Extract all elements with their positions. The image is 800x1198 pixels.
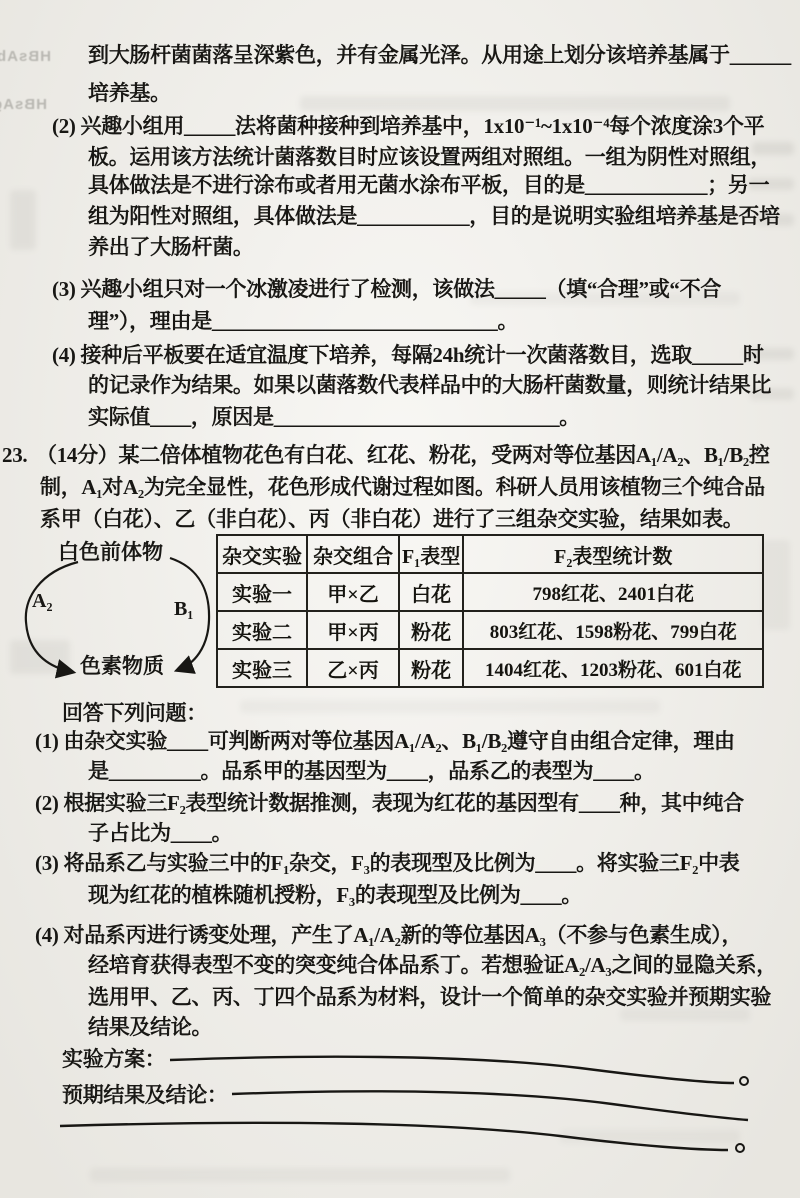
cell-f1: 粉花 [399, 649, 463, 687]
text-line: 养出了大肠杆菌。 [88, 234, 254, 261]
text-line: 培养基。 [88, 80, 171, 107]
col-header-experiment: 杂交实验 [217, 535, 307, 573]
arrow-right-path [170, 558, 209, 670]
sub-question-line: 子占比为____。 [88, 820, 232, 847]
text-line: 的记录作为结果。如果以菌落数代表样品中的大肠杆菌数量，则统计结果比 [88, 372, 771, 399]
table-row: 实验一 甲×乙 白花 798红花、2401白花 [217, 573, 763, 611]
question-number: 23. [2, 442, 27, 469]
period-mark [736, 1144, 744, 1152]
cell-f2-counts: 1404红花、1203粉花、601白花 [463, 649, 763, 687]
scan-smudge [10, 190, 36, 250]
table-header-row: 杂交实验 杂交组合 F₁表型 F₂表型统计数 [217, 535, 763, 573]
answer-prompt: 回答下列问题： [62, 700, 207, 727]
text-line: 板。运用该方法统计菌落数目时应该设置两组对照组。一组为阴性对照组， [88, 144, 771, 171]
answer-line-2 [232, 1091, 748, 1120]
cell-combination: 甲×乙 [307, 573, 399, 611]
cell-experiment: 实验三 [217, 649, 307, 687]
text-line: 具体做法是不进行涂布或者用无菌水涂布平板，目的是____________；另一 [88, 172, 769, 199]
col-header-combination: 杂交组合 [307, 535, 399, 573]
sub-question-line: (4) 对品系丙进行诱变处理，产生了A₁/A₂新的等位基因A₃（不参与色素生成）… [35, 922, 742, 949]
sub-question-line: (2) 根据实验三F₂表型统计数据推测，表现为红花的基因型有____种，其中纯合 [35, 790, 744, 817]
pathway-arrows-diagram [18, 530, 220, 702]
scanned-exam-page: HBsAb HBsAg 到大肠杆菌菌落呈深紫色，并有金属光泽。从用途上划分该培养… [0, 0, 800, 1198]
sub-question-line: (3) 将品系乙与实验三中的F₁杂交，F₃的表现型及比例为____。将实验三F₂… [35, 850, 740, 877]
text-line: 到大肠杆菌菌落呈深紫色，并有金属光泽。从用途上划分该培养基属于______ [88, 42, 791, 69]
text-line: 实际值____，原因是____________________________。 [88, 404, 580, 431]
scan-smudge [300, 96, 730, 111]
cell-f2-counts: 803红花、1598粉花、799白花 [463, 611, 763, 649]
answer-blank-lines [0, 1040, 800, 1198]
arrow-left-path [26, 562, 78, 672]
sub-question-line: 经培育获得表型不变的突变纯合体品系丁。若想验证A₂/A₃之间的显隐关系， [88, 952, 777, 979]
text-line: 制，A₁对A₂为完全显性，花色形成代谢过程如图。科研人员用该植物三个纯合品 [40, 474, 765, 501]
text-line: 系甲（白花）、乙（非白花）、丙（非白花）进行了三组杂交实验，结果如表。 [40, 506, 744, 533]
cell-combination: 甲×丙 [307, 611, 399, 649]
text-line: (3) 兴趣小组只对一个冰激凌进行了检测，该做法_____（填“合理”或“不合 [52, 276, 721, 303]
scan-smudge [762, 540, 790, 630]
cell-f1: 白花 [399, 573, 463, 611]
col-header-f1-phenotype: F₁表型 [399, 535, 463, 573]
col-header-f2-counts: F₂表型统计数 [463, 535, 763, 573]
table-row: 实验三 乙×丙 粉花 1404红花、1203粉花、601白花 [217, 649, 763, 687]
sub-question-line: 结果及结论。 [88, 1014, 212, 1041]
cross-experiment-table: 杂交实验 杂交组合 F₁表型 F₂表型统计数 实验一 甲×乙 白花 798红花、… [216, 534, 764, 688]
cell-f2-counts: 798红花、2401白花 [463, 573, 763, 611]
answer-line-3 [60, 1123, 728, 1150]
answer-line-1 [170, 1057, 734, 1083]
text-line: (4) 接种后平板要在适宜温度下培养，每隔24h统计一次菌落数目，选取_____… [52, 342, 764, 369]
text-line: 组为阳性对照组，具体做法是___________，目的是说明实验组培养基是否培 [88, 203, 780, 230]
sub-question-line: 选用甲、乙、丙、丁四个品系为材料，设计一个简单的杂交实验并预期实验 [88, 984, 771, 1011]
period-mark [740, 1077, 748, 1085]
cell-experiment: 实验二 [217, 611, 307, 649]
cell-f1: 粉花 [399, 611, 463, 649]
sub-question-line: 现为红花的植株随机授粉，F₃的表现型及比例为____。 [88, 882, 582, 909]
sub-question-line: 是_________。品系甲的基因型为____，品系乙的表型为____。 [88, 758, 655, 785]
bleedthrough-text: HBsAg [0, 96, 47, 113]
bleedthrough-text: HBsAb [0, 48, 51, 65]
sub-question-line: (1) 由杂交实验____可判断两对等位基因A₁/A₂、B₁/B₂遵守自由组合定… [35, 728, 735, 755]
cell-combination: 乙×丙 [307, 649, 399, 687]
text-line: （14分）某二倍体植物花色有白花、红花、粉花，受两对等位基因A₁/A₂、B₁/B… [36, 442, 770, 469]
cell-experiment: 实验一 [217, 573, 307, 611]
scan-smudge [240, 700, 660, 713]
table-row: 实验二 甲×丙 粉花 803红花、1598粉花、799白花 [217, 611, 763, 649]
text-line: (2) 兴趣小组用_____法将菌种接种到培养基中，1x10⁻¹~1x10⁻⁴每… [52, 113, 764, 140]
text-line: 理”），理由是____________________________。 [88, 308, 518, 335]
